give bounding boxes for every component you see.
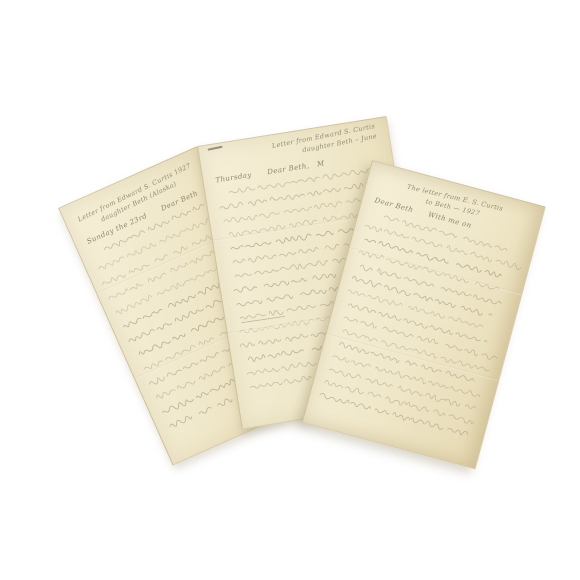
photo-of-three-letters: Letter from Edward S. Curtis 1927 daught… <box>0 0 580 580</box>
date-heading: Thursday <box>215 171 252 185</box>
